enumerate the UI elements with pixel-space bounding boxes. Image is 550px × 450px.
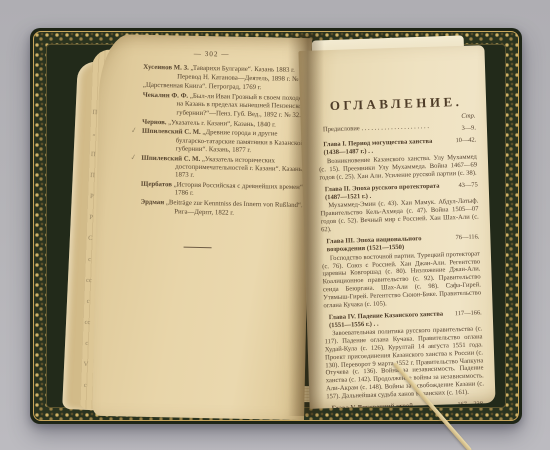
author-name: Хусеинов М. З.	[143, 64, 189, 72]
author-name: Чернов.	[142, 118, 166, 126]
toc-entry: Глава IV. Падение Казанского ханства (15…	[324, 309, 485, 401]
author-name: Эрдман	[140, 199, 164, 206]
toc-description: Мухаммед-Эмин (с. 43). Хан Мамук. Абдул-…	[320, 198, 479, 234]
toc-title: ОГЛАВЛЕНИЕ.	[317, 97, 475, 110]
toc-heading: Предисловие . . . . . . . . . . . . . . …	[318, 123, 429, 134]
pencil-check-mark: ✓	[130, 126, 138, 135]
entry-text: „Beiträge zur Kenntniss des Innern von R…	[166, 199, 303, 216]
author-name: Чекалин Ф. Ф.	[143, 92, 189, 100]
bibliography-list: — 302 — Хусеинов М. З. „Таварихи Булгари…	[140, 49, 310, 250]
table-of-contents: ОГЛАВЛЕНИЕ. Стр. Предисловие . . . . . .…	[317, 97, 486, 408]
bibliography-entry: Хусеинов М. З. „Таварихи Булгарие“. Каза…	[143, 64, 309, 84]
toc-pages: 43—75	[441, 181, 478, 190]
entry-text: „Царственная Книга“. Петроград, 1769 г.	[143, 82, 262, 91]
pencil-check-mark: ✓	[130, 153, 138, 162]
entry-text: „История Российская с древнейших времен“…	[174, 182, 305, 198]
entry-text: „Указатель г. Казани“, Казань, 1840 г.	[168, 119, 276, 128]
page-number: — 302 —	[144, 49, 280, 60]
entry-text: „Был-ли Иван Грозный в своем походе на К…	[176, 93, 305, 119]
book-photograph: П „ П П Р Р С с сс с сс с V с — 302 — Ху…	[0, 0, 550, 450]
bibliography-entry: Чекалин Ф. Ф. „Был-ли Иван Грозный в сво…	[142, 92, 308, 120]
toc-description: Возникновение Казанского ханства. Улу Му…	[319, 153, 478, 181]
toc-entry: Глава I. Период могущества ханства (1438…	[318, 137, 477, 182]
toc-pages: 3—9.	[439, 125, 476, 134]
toc-entry: Глава III. Эпоха национального возрожден…	[321, 234, 481, 310]
author-name: Шпилевский С. М.	[142, 128, 201, 136]
toc-entry: Глава II. Эпоха русского протектората (1…	[320, 181, 479, 234]
toc-entry: Предисловие . . . . . . . . . . . . . . …	[318, 125, 476, 138]
left-page: — 302 — Хусеинов М. З. „Таварихи Булгари…	[92, 34, 312, 420]
entry-text: „Таварихи Булгарие“. Казань 1883 г. Пере…	[177, 65, 305, 83]
toc-description: Господство восточной партии. Турецкий пр…	[322, 250, 482, 310]
bibliography-entry: Щербатов „История Российская с древнейши…	[141, 181, 307, 201]
bibliography-entry: ✓Шпилевский С. М. „Указатель исторически…	[141, 154, 307, 182]
author-name: Щербатов	[141, 181, 172, 189]
toc-description: Завоевательная политика русского правите…	[324, 326, 484, 401]
toc-pages: 117—166.	[445, 309, 482, 318]
right-page: ОГЛАВЛЕНИЕ. Стр. Предисловие . . . . . .…	[298, 45, 495, 409]
section-end-rule	[184, 246, 212, 248]
toc-pages: 76—116.	[442, 234, 479, 243]
bibliography-entry: Эрдман „Beiträge zur Kenntniss des Inner…	[140, 199, 306, 219]
author-name: Шпилевский С. М.	[141, 154, 200, 162]
bibliography-entry: ✓Шпилевский С. М. „Древние города и друг…	[142, 128, 308, 156]
toc-pages: 10—42.	[439, 137, 476, 146]
